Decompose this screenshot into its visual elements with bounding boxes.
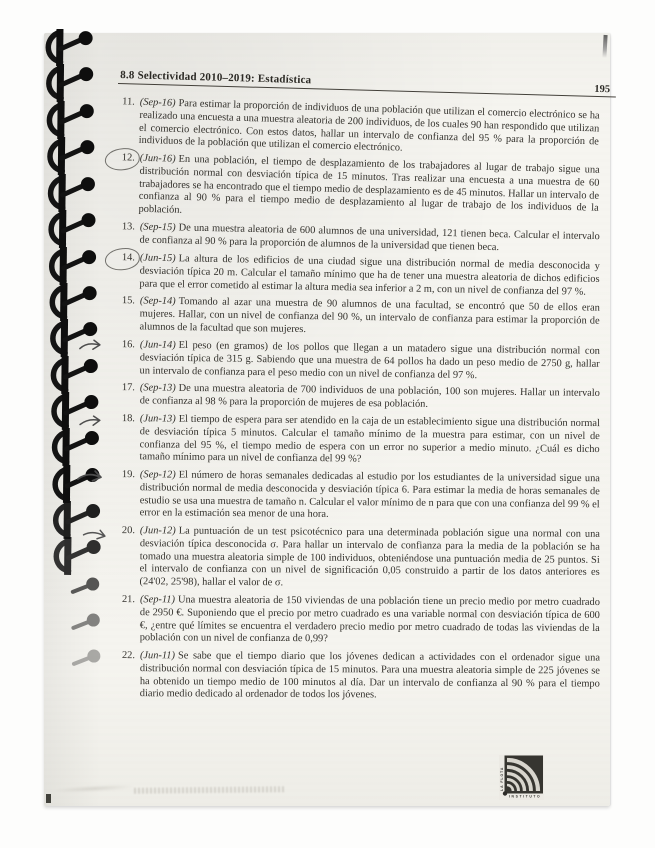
exercise-item-15: 15. (Sep-14)Tomando al azar una muestra … xyxy=(111,295,600,341)
exercise-item-16: 16. (Jun-14)El peso (en gramos) de los p… xyxy=(111,339,599,384)
item-text: La altura de los edificios de una ciudad… xyxy=(139,253,600,297)
item-text: De una muestra aleatoria de 600 alumnos … xyxy=(139,223,599,254)
item-text: Una muestra aleatoria de 150 viviendas d… xyxy=(140,594,600,644)
item-exam-tag: (Sep-16) xyxy=(140,97,176,109)
pen-arrow-annotation xyxy=(79,338,105,352)
item-exam-tag: (Jun-15) xyxy=(140,252,176,264)
item-exam-tag: (Jun-11) xyxy=(140,650,175,661)
exercise-item-20: 20. (Jun-12)La puntuación de un test psi… xyxy=(111,525,599,593)
page-header: 8.8 Selectividad 2010–2019: Estadística … xyxy=(118,53,617,97)
item-number: 13. xyxy=(112,221,135,234)
item-exam-tag: (Jun-13) xyxy=(140,413,176,424)
page-corner-mark xyxy=(602,35,607,58)
exercise-item-17: 17. (Sep-13)De una muestra aleatoria de … xyxy=(112,382,600,414)
item-exam-tag: (Sep-14) xyxy=(140,296,176,308)
item-number: 12. xyxy=(112,152,135,165)
item-number: 21. xyxy=(112,594,135,607)
exercise-item-19: 19. (Sep-12)El número de horas semanales… xyxy=(112,469,600,524)
item-text: En una población, el tiempo de desplazam… xyxy=(138,154,599,216)
item-exam-tag: (Jun-12) xyxy=(140,525,176,536)
item-number: 19. xyxy=(112,469,135,482)
item-number: 18. xyxy=(112,413,135,426)
item-text: De una muestra aleatoria de 700 individu… xyxy=(140,383,600,410)
item-text: Para estimar la proporción de individuos… xyxy=(139,98,600,154)
institute-logo: LA FLOTA INSTITUTO xyxy=(499,755,544,800)
item-number: 15. xyxy=(112,295,135,308)
item-text: El número de horas semanales dedicadas a… xyxy=(140,469,600,520)
item-exam-tag: (Jun-14) xyxy=(140,339,176,350)
item-exam-tag: (Sep-11) xyxy=(140,594,175,605)
logo-bottom-label: INSTITUTO xyxy=(509,795,541,799)
exercise-item-14: 14. (Jun-15)La altura de los edificios d… xyxy=(111,252,600,299)
item-text: El peso (en gramos) de los pollos que ll… xyxy=(139,339,599,380)
pen-arrow-annotation xyxy=(79,414,106,430)
exercise-item-21: 21. (Sep-11)Una muestra aleatoria de 150… xyxy=(112,594,600,648)
item-number: 22. xyxy=(112,650,135,663)
exercise-item-22: 22. (Jun-11)Se sabe que el tiempo diario… xyxy=(112,650,600,704)
item-number: 11. xyxy=(112,96,135,109)
item-exam-tag: (Jun-16) xyxy=(140,153,176,165)
show-through-smudge xyxy=(134,786,286,794)
section-title: 8.8 Selectividad 2010–2019: Estadística xyxy=(120,69,311,86)
item-exam-tag: (Sep-12) xyxy=(140,469,176,480)
item-exam-tag: (Sep-15) xyxy=(140,222,176,234)
item-number: 14. xyxy=(112,252,135,265)
exercise-item-12: 12. (Jun-16)En una población, el tiempo … xyxy=(110,152,600,229)
item-exam-tag: (Sep-13) xyxy=(140,382,176,393)
item-number: 17. xyxy=(112,382,135,395)
item-text: La puntuación de un test psicotécnico pa… xyxy=(140,525,600,588)
page-edge-mark xyxy=(46,794,51,803)
item-text: Tomando al azar una muestra de 90 alumno… xyxy=(139,296,600,335)
item-text: Se sabe que el tiempo diario que los jóv… xyxy=(140,650,600,700)
logo-side-label: LA FLOTA xyxy=(500,767,504,791)
exercise-item-18: 18. (Jun-13)El tiempo de espera para ser… xyxy=(111,413,600,469)
item-text: El tiempo de espera para ser atendido en… xyxy=(139,413,599,464)
item-number: 20. xyxy=(112,525,135,538)
scanned-page: 8.8 Selectividad 2010–2019: Estadística … xyxy=(44,33,610,806)
show-through-smudge xyxy=(56,784,134,793)
item-number: 16. xyxy=(112,339,135,352)
page-number: 195 xyxy=(594,84,610,95)
exercise-item-11: 11. (Sep-16)Para estimar la proporción d… xyxy=(110,96,599,162)
exercise-list: 11. (Sep-16)Para estimar la proporción d… xyxy=(112,96,600,706)
